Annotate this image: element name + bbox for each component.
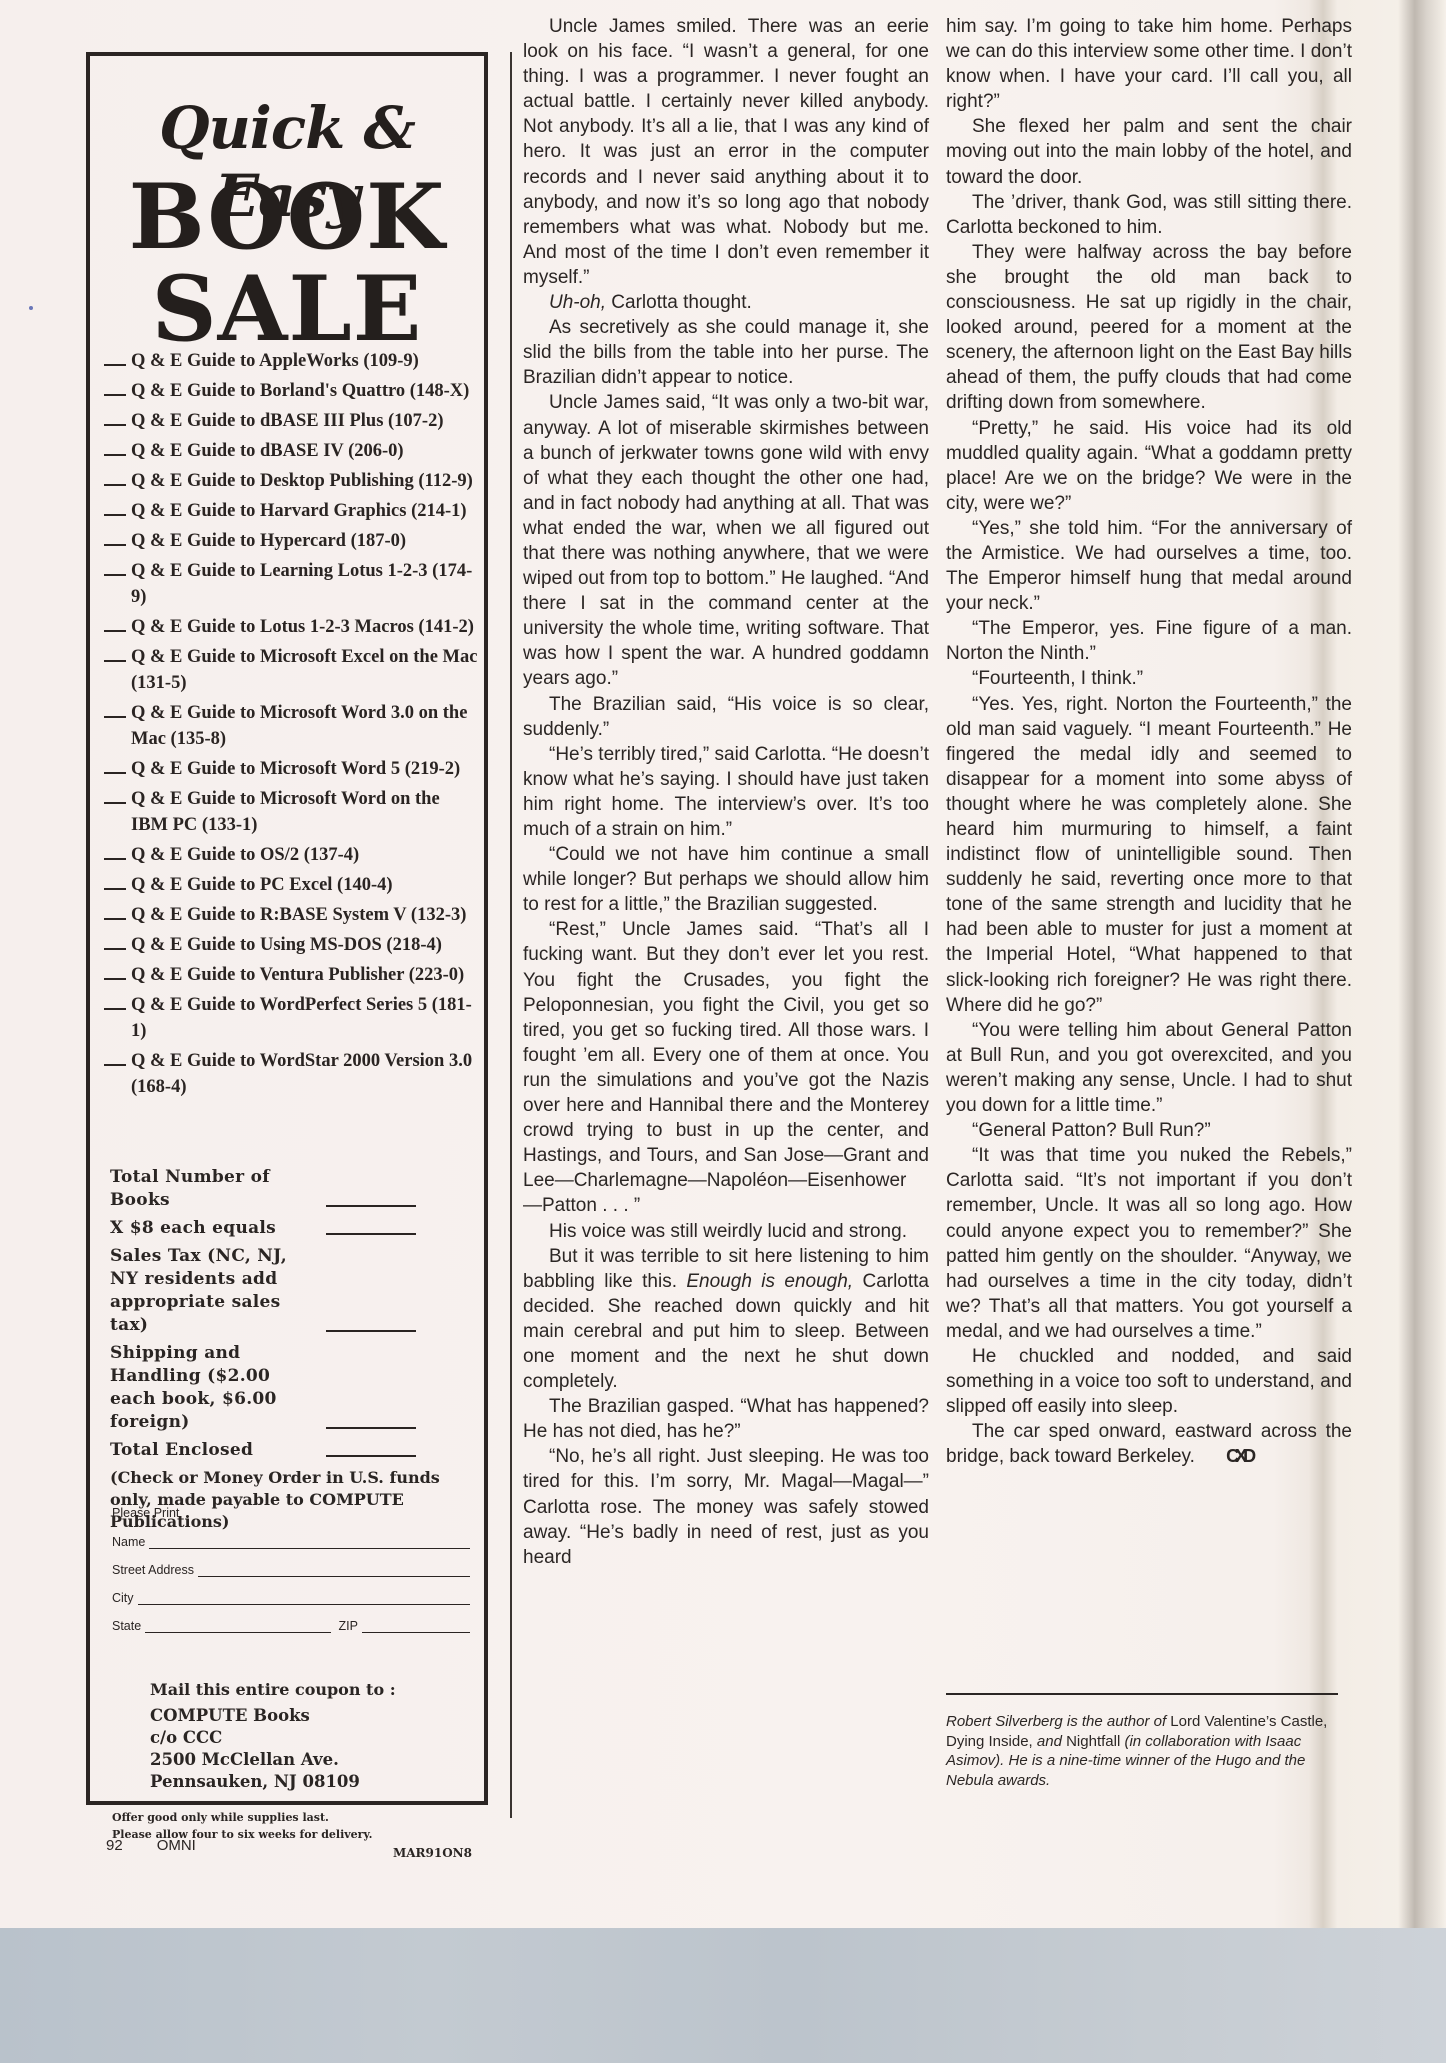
- book-order-item[interactable]: Q & E Guide to Microsoft Excel on the Ma…: [104, 644, 478, 696]
- mail-heading: Mail this entire coupon to :: [150, 1679, 470, 1701]
- book-order-item[interactable]: Q & E Guide to OS/2 (137-4): [104, 842, 478, 868]
- zip-input-line[interactable]: [362, 1624, 470, 1633]
- story-paragraph: “Yes. Yes, right. Norton the Fourteenth,…: [946, 692, 1352, 1018]
- quantity-blank[interactable]: [104, 1048, 126, 1066]
- quantity-blank[interactable]: [104, 498, 126, 516]
- street-address-label: Street Address: [112, 1563, 194, 1577]
- author-bio: Robert Silverberg is the author of Lord …: [946, 1712, 1340, 1790]
- book-title: Q & E Guide to Ventura Publisher (223-0): [131, 962, 478, 988]
- book-order-item[interactable]: Q & E Guide to Lotus 1-2-3 Macros (141-2…: [104, 614, 478, 640]
- story-paragraph: “General Patton? Bull Run?”: [946, 1118, 1352, 1143]
- story-paragraph: “It was that time you nuked the Rebels,”…: [946, 1143, 1352, 1344]
- please-print-label: Please Print: [112, 1506, 470, 1520]
- name-input-line[interactable]: [149, 1540, 470, 1549]
- book-order-item[interactable]: Q & E Guide to Ventura Publisher (223-0): [104, 962, 478, 988]
- book-title: Q & E Guide to dBASE III Plus (107-2): [131, 408, 478, 434]
- order-total-row: X $8 each equals: [110, 1217, 480, 1240]
- story-paragraph: But it was terrible to sit here listenin…: [523, 1244, 929, 1395]
- bio-text: and: [1037, 1733, 1066, 1750]
- book-title: Q & E Guide to Microsoft Word 5 (219-2): [131, 756, 478, 782]
- book-title: Q & E Guide to Microsoft Word on the IBM…: [131, 786, 478, 838]
- story-paragraph: “He’s terribly tired,” said Carlotta. “H…: [523, 742, 929, 842]
- address-line: 2500 McClellan Ave.: [150, 1749, 470, 1771]
- coupon-code: MAR91ON8: [393, 1846, 472, 1860]
- story-paragraph: Uncle James said, “It was only a two-bit…: [523, 390, 929, 691]
- book-order-item[interactable]: Q & E Guide to Using MS-DOS (218-4): [104, 932, 478, 958]
- amount-blank[interactable]: [326, 1205, 416, 1207]
- order-row-label: Total Enclosed: [110, 1439, 253, 1462]
- quantity-blank[interactable]: [104, 558, 126, 576]
- book-title: Q & E Guide to Microsoft Word 3.0 on the…: [131, 700, 478, 752]
- book-order-item[interactable]: Q & E Guide to Hypercard (187-0): [104, 528, 478, 554]
- book-order-item[interactable]: Q & E Guide to Desktop Publishing (112-9…: [104, 468, 478, 494]
- book-sale-coupon: Quick & Easy BOOK SALE Q & E Guide to Ap…: [86, 52, 488, 1805]
- page-folio: 92OMNI: [106, 1837, 196, 1854]
- quantity-blank[interactable]: [104, 756, 126, 774]
- book-order-item[interactable]: Q & E Guide to Microsoft Word on the IBM…: [104, 786, 478, 838]
- address-line: Pennsauken, NJ 08109: [150, 1771, 470, 1793]
- story-paragraph: “Yes,” she told him. “For the anniversar…: [946, 516, 1352, 616]
- book-title: Q & E Guide to Microsoft Excel on the Ma…: [131, 644, 478, 696]
- page-curl-shadow: [1398, 0, 1446, 1928]
- quantity-blank[interactable]: [104, 872, 126, 890]
- book-order-item[interactable]: Q & E Guide to AppleWorks (109-9): [104, 348, 478, 374]
- story-paragraph: His voice was still weirdly lucid and st…: [523, 1219, 929, 1244]
- story-column-middle: Uncle James smiled. There was an eerie l…: [523, 14, 929, 1570]
- street-address-field[interactable]: Street Address: [112, 1563, 470, 1577]
- quantity-blank[interactable]: [104, 644, 126, 662]
- book-title: Q & E Guide to AppleWorks (109-9): [131, 348, 478, 374]
- state-input-line[interactable]: [145, 1624, 330, 1633]
- address-form: Please Print Name Street Address City St…: [112, 1506, 470, 1647]
- print-speck: [29, 306, 33, 310]
- book-order-item[interactable]: Q & E Guide to PC Excel (140-4): [104, 872, 478, 898]
- order-totals-form: Total Number of BooksX $8 each equalsSal…: [110, 1166, 480, 1533]
- quantity-blank[interactable]: [104, 438, 126, 456]
- city-label: City: [112, 1591, 134, 1605]
- quantity-blank[interactable]: [104, 614, 126, 632]
- story-paragraph: The Brazilian gasped. “What has happened…: [523, 1394, 929, 1444]
- city-field[interactable]: City: [112, 1591, 470, 1605]
- story-paragraph: “You were telling him about General Patt…: [946, 1018, 1352, 1118]
- story-paragraph: “Could we not have him continue a small …: [523, 842, 929, 917]
- quantity-blank[interactable]: [104, 786, 126, 804]
- order-total-row: Total Number of Books: [110, 1166, 480, 1212]
- book-order-item[interactable]: Q & E Guide to WordPerfect Series 5 (181…: [104, 992, 478, 1044]
- quantity-blank[interactable]: [104, 992, 126, 1010]
- book-title: Q & E Guide to WordStar 2000 Version 3.0…: [131, 1048, 478, 1100]
- book-order-item[interactable]: Q & E Guide to Microsoft Word 3.0 on the…: [104, 700, 478, 752]
- story-paragraph: Uh-oh, Carlotta thought.: [523, 290, 929, 315]
- amount-blank[interactable]: [326, 1233, 416, 1235]
- bio-divider: [946, 1693, 1338, 1695]
- book-title: Q & E Guide to WordPerfect Series 5 (181…: [131, 992, 478, 1044]
- quantity-blank[interactable]: [104, 528, 126, 546]
- column-rule: [510, 52, 512, 1818]
- coupon-title-sale: SALE: [90, 256, 484, 362]
- story-paragraph: him say. I’m going to take him home. Per…: [946, 14, 1352, 114]
- quantity-blank[interactable]: [104, 700, 126, 718]
- magazine-name: OMNI: [157, 1837, 196, 1854]
- story-paragraph: “The Emperor, yes. Fine figure of a man.…: [946, 616, 1352, 666]
- quantity-blank[interactable]: [104, 468, 126, 486]
- order-row-label: X $8 each equals: [110, 1217, 276, 1240]
- order-total-row: Sales Tax (NC, NJ, NY residents add appr…: [110, 1245, 480, 1337]
- story-paragraph: “No, he’s all right. Just sleeping. He w…: [523, 1444, 929, 1569]
- book-order-item[interactable]: Q & E Guide to Borland's Quattro (148-X): [104, 378, 478, 404]
- book-title: Q & E Guide to Using MS-DOS (218-4): [131, 932, 478, 958]
- book-order-item[interactable]: Q & E Guide to Microsoft Word 5 (219-2): [104, 756, 478, 782]
- book-title: Q & E Guide to Harvard Graphics (214-1): [131, 498, 478, 524]
- amount-blank[interactable]: [326, 1455, 416, 1457]
- story-paragraph: The ’driver, thank God, was still sittin…: [946, 190, 1352, 240]
- book-order-item[interactable]: Q & E Guide to WordStar 2000 Version 3.0…: [104, 1048, 478, 1100]
- order-total-row: Total Enclosed: [110, 1439, 480, 1462]
- book-order-item[interactable]: Q & E Guide to Learning Lotus 1-2-3 (174…: [104, 558, 478, 610]
- bio-text: Nightfall: [1066, 1733, 1124, 1750]
- story-paragraph: “Fourteenth, I think.”: [946, 666, 1352, 691]
- book-title: Q & E Guide to OS/2 (137-4): [131, 842, 478, 868]
- quantity-blank[interactable]: [104, 842, 126, 860]
- state-label: State: [112, 1619, 141, 1633]
- book-title: Q & E Guide to PC Excel (140-4): [131, 872, 478, 898]
- book-order-item[interactable]: Q & E Guide to R:BASE System V (132-3): [104, 902, 478, 928]
- order-total-row: Shipping and Handling ($2.00 each book, …: [110, 1342, 480, 1434]
- story-paragraph: “Rest,” Uncle James said. “That’s all I …: [523, 917, 929, 1218]
- page-number: 92: [106, 1837, 123, 1854]
- amount-blank[interactable]: [326, 1427, 416, 1429]
- quantity-blank[interactable]: [104, 348, 126, 366]
- offer-line: Offer good only while supplies last.: [112, 1809, 470, 1826]
- city-input-line[interactable]: [138, 1596, 470, 1605]
- street-address-input-line[interactable]: [198, 1568, 470, 1577]
- book-order-item[interactable]: Q & E Guide to dBASE IV (206-0): [104, 438, 478, 464]
- quantity-blank[interactable]: [104, 408, 126, 426]
- name-field[interactable]: Name: [112, 1535, 470, 1549]
- book-order-item[interactable]: Q & E Guide to dBASE III Plus (107-2): [104, 408, 478, 434]
- name-label: Name: [112, 1535, 145, 1549]
- book-title: Q & E Guide to Lotus 1-2-3 Macros (141-2…: [131, 614, 478, 640]
- mailing-address-block: Mail this entire coupon to : COMPUTE Boo…: [150, 1679, 470, 1793]
- coupon-title-book: BOOK: [90, 164, 484, 270]
- book-title: Q & E Guide to Hypercard (187-0): [131, 528, 478, 554]
- amount-blank[interactable]: [326, 1330, 416, 1332]
- story-paragraph: “Pretty,” he said. His voice had its old…: [946, 416, 1352, 516]
- bio-text: Robert Silverberg is the author of: [946, 1713, 1170, 1730]
- book-title: Q & E Guide to dBASE IV (206-0): [131, 438, 478, 464]
- address-line: c/o CCC: [150, 1727, 470, 1749]
- book-order-list: Q & E Guide to AppleWorks (109-9)Q & E G…: [104, 348, 478, 1104]
- order-row-label: Shipping and Handling ($2.00 each book, …: [110, 1342, 318, 1434]
- order-row-label: Sales Tax (NC, NJ, NY residents add appr…: [110, 1245, 318, 1337]
- story-paragraph: He chuckled and nodded, and said somethi…: [946, 1344, 1352, 1419]
- book-order-item[interactable]: Q & E Guide to Harvard Graphics (214-1): [104, 498, 478, 524]
- order-row-label: Total Number of Books: [110, 1166, 318, 1212]
- omni-end-mark-icon: CXD: [1200, 1444, 1252, 1469]
- quantity-blank[interactable]: [104, 378, 126, 396]
- quantity-blank[interactable]: [104, 962, 126, 980]
- book-title: Q & E Guide to R:BASE System V (132-3): [131, 902, 478, 928]
- story-column-right: him say. I’m going to take him home. Per…: [946, 14, 1352, 1469]
- scanner-background-strip: [0, 1928, 1446, 2063]
- quantity-blank[interactable]: [104, 932, 126, 950]
- story-paragraph: The Brazilian said, “His voice is so cle…: [523, 692, 929, 742]
- story-paragraph: As secretively as she could manage it, s…: [523, 315, 929, 390]
- book-title: Q & E Guide to Learning Lotus 1-2-3 (174…: [131, 558, 478, 610]
- zip-label: ZIP: [339, 1619, 358, 1633]
- story-paragraph: She flexed her palm and sent the chair m…: [946, 114, 1352, 189]
- address-line: COMPUTE Books: [150, 1705, 470, 1727]
- book-title: Q & E Guide to Borland's Quattro (148-X): [131, 378, 478, 404]
- story-paragraph: The car sped onward, eastward across the…: [946, 1419, 1352, 1469]
- story-paragraph: They were halfway across the bay before …: [946, 240, 1352, 416]
- book-title: Q & E Guide to Desktop Publishing (112-9…: [131, 468, 478, 494]
- story-paragraph: Uncle James smiled. There was an eerie l…: [523, 14, 929, 290]
- state-zip-field[interactable]: State ZIP: [112, 1619, 470, 1633]
- quantity-blank[interactable]: [104, 902, 126, 920]
